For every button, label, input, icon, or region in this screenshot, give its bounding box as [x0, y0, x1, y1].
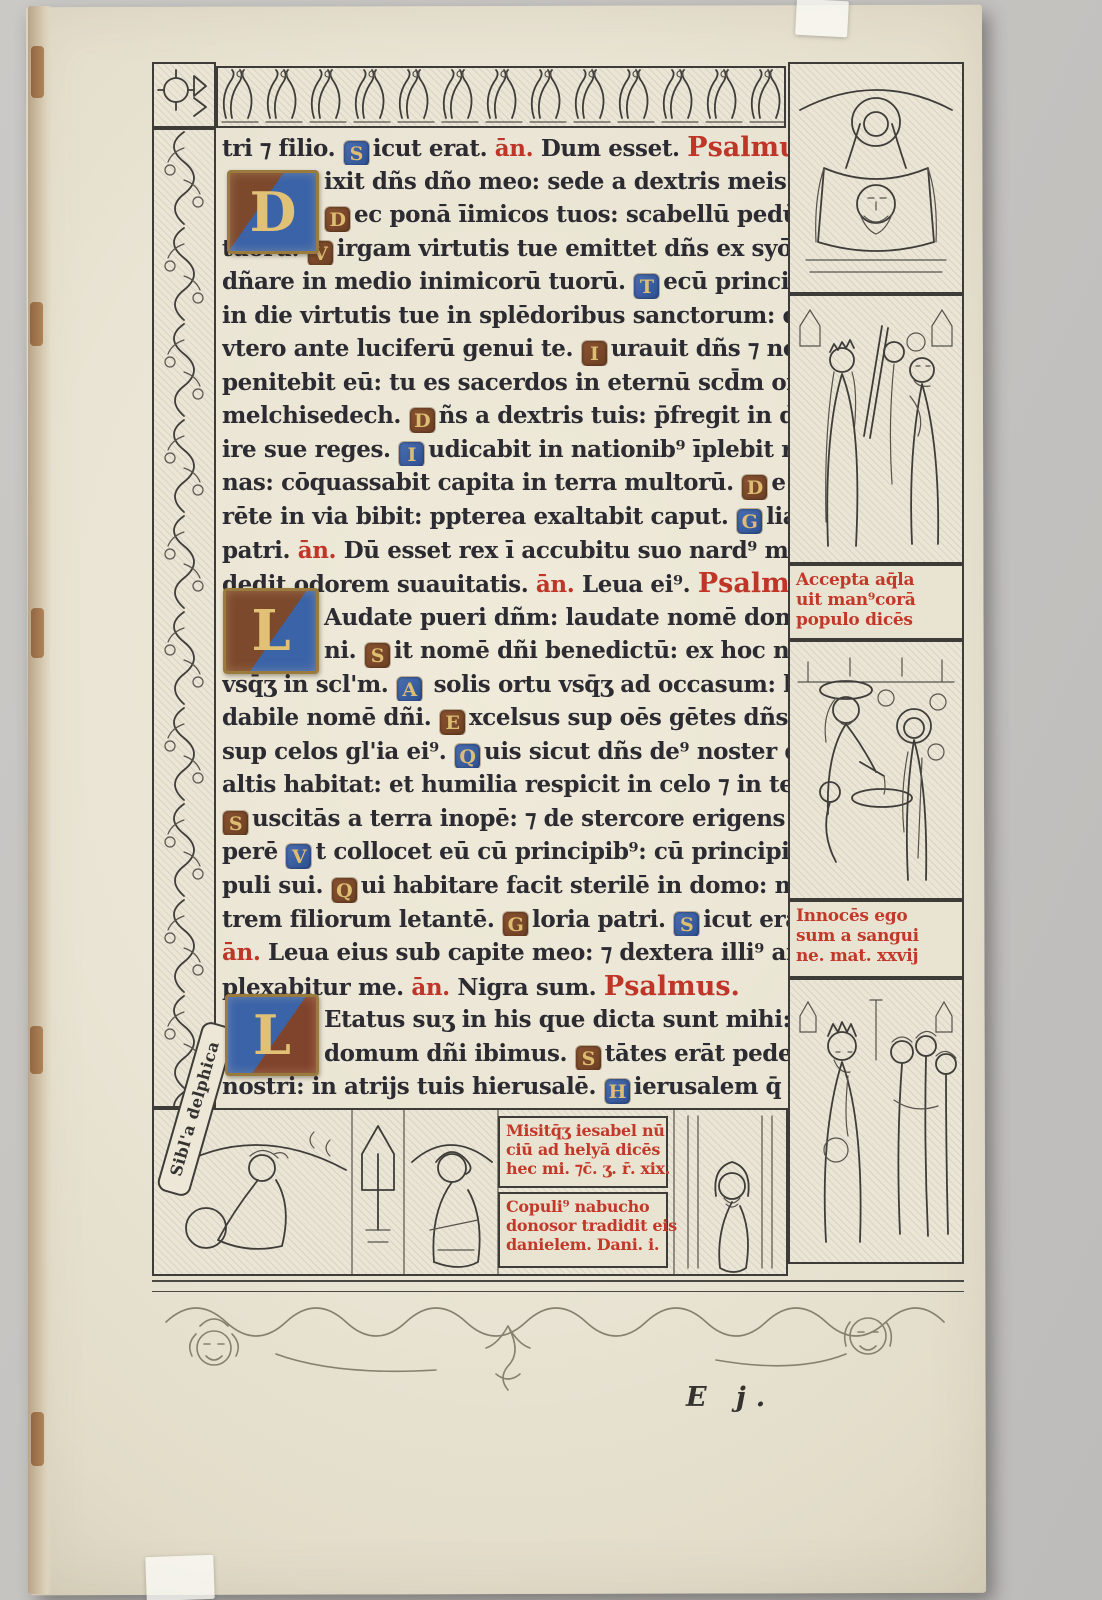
body-text: altis habitat: et humilia respicit in ce… [222, 771, 788, 798]
illuminated-initial-small: Q [332, 878, 357, 903]
text-line: Suscitās a terra inopē: ⁊ de stercore er… [222, 802, 788, 836]
body-text: puli sui. [222, 872, 331, 899]
body-text: ecū principiū [663, 268, 788, 295]
illuminated-initial-small: S [674, 912, 699, 937]
body-text: ui habitare facit sterilē in domo: ma [361, 872, 788, 899]
body-text: vsq̄ʒ in scl'm. [222, 671, 396, 698]
binding-residue [31, 1412, 44, 1466]
body-text: patri. [222, 537, 298, 564]
body-text: e tor [771, 469, 788, 496]
rubric-text: ān. [536, 571, 582, 598]
body-text: vtero ante luciferū genui te. [222, 335, 581, 362]
caption-nabuchodonosor: Copuli⁹ nabuchodonosor tradidit eisdanie… [498, 1192, 668, 1268]
body-text: uis sicut dñs de⁹ noster q̄ in [484, 738, 788, 765]
body-text: it nomē dñi benedictū: ex hoc nūc ⁊ [394, 637, 788, 664]
illuminated-initial-small: S [365, 643, 390, 668]
illuminated-initial-small: G [737, 509, 762, 534]
woodcut-panel-queen [788, 294, 964, 564]
body-text: Etatus suʒ in his que dicta sunt mihi: i… [324, 1006, 788, 1033]
body-text: dñare in medio inimicorū tuorū. [222, 268, 633, 295]
bottom-border-band [152, 1108, 788, 1276]
body-text: in die virtutis tue in splēdoribus sanct… [222, 302, 788, 329]
body-text: urauit dñs ⁊ non [611, 335, 788, 362]
text-line: dñare in medio inimicorū tuorū. Tecū pri… [222, 265, 788, 299]
body-text: perē [222, 838, 285, 865]
body-text: solis ortu vsq̄ʒ ad occasum: lau [426, 671, 788, 698]
body-text: ec ponā īimicos tuos: scabellū pedū [354, 201, 788, 228]
illuminated-initial-small: Q [455, 744, 480, 769]
illuminated-initial-small: G [503, 912, 528, 937]
caption-line: Copuli⁹ nabucho [506, 1198, 660, 1217]
illuminated-initial-small: S [576, 1046, 601, 1071]
caption-line: populo dicēs [796, 610, 956, 630]
king-with-counselors-icon [790, 980, 962, 1262]
caption-pilate-accepta-aqua: Accepta aq̄lauit man⁹corāpopulo dicēs [788, 564, 964, 640]
illuminated-initial-small: T [634, 274, 659, 299]
illuminated-initial-small: I [399, 442, 424, 467]
illuminated-initial-small: H [605, 1079, 630, 1104]
rubric-text: ān. [411, 974, 457, 1001]
rubric-text: ān. [298, 537, 344, 564]
gothic-leaf-frieze-icon [218, 68, 784, 126]
caption-line: donosor tradidit eis [506, 1217, 660, 1236]
quire-signature: E j. [686, 1382, 775, 1413]
body-text: ierusalem q̄ edi [634, 1073, 788, 1100]
illuminated-initial-small: D [325, 207, 350, 232]
body-text: udicabit in nationib⁹ īplebit rui [428, 436, 788, 463]
caption-line: Accepta aq̄la [796, 570, 956, 590]
body-text: Dū esset rex ī accubitu suo nard⁹ mea [344, 537, 788, 564]
body-text: domum dñi ibimus. [324, 1040, 575, 1067]
text-line: melchisedech. Dñs a dextris tuis: p̄freg… [222, 399, 788, 433]
queen-with-sword-icon [790, 296, 962, 562]
pilate-washing-hands-icon [790, 642, 962, 898]
horizontal-rule [152, 1280, 964, 1282]
caption-line: sum a sangui [796, 926, 956, 946]
binding-residue [31, 608, 44, 658]
body-text: icut erat [703, 906, 788, 933]
body-text: lia [766, 503, 788, 530]
top-border-frieze [216, 66, 786, 128]
body-text: tātes erāt pedes [605, 1040, 788, 1067]
body-text: tri ⁊ filio. [222, 135, 343, 162]
signature-text: E j. [686, 1382, 775, 1413]
body-text: sup celos gl'ia ei⁹. [222, 738, 454, 765]
caption-line: Innocēs ego [796, 906, 956, 926]
body-text: nostri: in atrijs tuis hierusalē. [222, 1073, 604, 1100]
body-text: trem filiorum letantē. [222, 906, 502, 933]
illuminated-initial-small: A [397, 677, 422, 702]
body-text: Leua ei⁹. [582, 571, 698, 598]
illuminated-initial-large: D [227, 170, 319, 254]
text-line: trem filiorum letantē. Gloria patri. Sic… [222, 903, 788, 937]
illuminated-initial-small: E [440, 710, 465, 735]
binding-edge [28, 6, 52, 1594]
body-text: rēte in via bibit: ppterea exaltabit cap… [222, 503, 736, 530]
text-line: ān. Leua eius sub capite meo: ⁊ dextera … [222, 936, 788, 970]
caption-line: danielem. Dani. i. [506, 1236, 660, 1255]
text-line: ire sue reges. Iudicabit in nationib⁹ īp… [222, 433, 788, 467]
body-text: icut erat. [373, 135, 495, 162]
text-line: in die virtutis tue in splēdoribus sanct… [222, 299, 788, 333]
illuminated-initial-small: D [742, 475, 767, 500]
mounting-tape [145, 1555, 214, 1600]
illuminated-initial-large: L [223, 588, 319, 674]
text-line: tri ⁊ filio. Sicut erat. ān. Dum esset. … [222, 131, 788, 165]
rubric-text: Psalmus. [604, 971, 740, 1002]
left-border-strip [152, 128, 216, 1108]
body-text: dabile nomē dñi. [222, 704, 439, 731]
woodcut-panel-king [788, 978, 964, 1264]
scrollwork-frieze-icon [156, 1296, 964, 1396]
caption-line: ne. mat. xxvij [796, 946, 956, 966]
body-text: irgam virtutis tue emittet dñs ex syō: [337, 235, 788, 262]
binding-residue [31, 46, 44, 98]
text-line: patri. ān. Dū esset rex ī accubitu suo n… [222, 534, 788, 568]
caption-jezebel-misitque: Misitq̄ʒ iesabel nūciū ad helyā dicēshec… [498, 1116, 668, 1188]
caption-innocens-ego: Innocēs egosum a sanguine. mat. xxvij [788, 900, 964, 978]
flower-ornament-icon [154, 64, 214, 126]
bottom-ornament-frieze [156, 1296, 964, 1400]
body-text: t collocet eū cū principib⁹: cū principi… [315, 838, 788, 865]
binding-residue [30, 302, 43, 346]
text-line: nas: cōquassabit capita in terra multorū… [222, 466, 788, 500]
caption-line: hec mi. ⁊c̄. ʒ. r̄. xix. [506, 1160, 660, 1179]
veronica-sudarium-icon [790, 64, 962, 292]
illuminated-initial-small: D [410, 408, 435, 433]
bottom-border-scenes-icon [154, 1110, 786, 1274]
body-text: ixit dñs dño meo: sede a dextris meis. [324, 168, 788, 195]
illuminated-initial-small: I [582, 341, 607, 366]
caption-line: Misitq̄ʒ iesabel nū [506, 1122, 660, 1141]
text-line: vtero ante luciferū genui te. Iurauit dñ… [222, 332, 788, 366]
rubric-text: Psalm⁹. [698, 568, 788, 599]
body-text: loria patri. [532, 906, 673, 933]
body-text: penitebit eū: tu es sacerdos in eternū s… [222, 369, 788, 396]
horizontal-rule [152, 1291, 964, 1292]
woodcut-panel-pilate [788, 640, 964, 900]
border-corner-ornament [152, 62, 216, 128]
photographed-leaf-scan: Accepta aq̄lauit man⁹corāpopulo dicēs In… [0, 0, 1102, 1600]
caption-line: ciū ad helyā dicēs [506, 1141, 660, 1160]
body-text: Nigra sum. [457, 974, 604, 1001]
body-text: Leua eius sub capite meo: ⁊ dextera illi… [268, 939, 788, 966]
vine-ornament-icon [154, 130, 214, 1106]
caption-line: uit man⁹corā [796, 590, 956, 610]
body-text: ire sue reges. [222, 436, 398, 463]
body-text: uscitās a terra inopē: ⁊ de stercore eri… [252, 805, 788, 832]
illuminated-initial-small: V [286, 844, 311, 869]
body-text: xcelsus sup oēs gētes dñs: ⁊ [469, 704, 788, 731]
text-line: puli sui. Qui habitare facit sterilē in … [222, 869, 788, 903]
rubric-text: Psalmus [687, 132, 788, 163]
body-text: nas: cōquassabit capita in terra multorū… [222, 469, 741, 496]
text-line: penitebit eū: tu es sacerdos in eternū s… [222, 366, 788, 400]
body-text: Audate pueri dñm: laudate nomē domi [324, 604, 788, 631]
body-text: ñs a dextris tuis: p̄fregit in die [439, 402, 788, 429]
body-text: Dum esset. [541, 135, 687, 162]
text-line: altis habitat: et humilia respicit in ce… [222, 768, 788, 802]
binding-residue [30, 1026, 43, 1074]
illuminated-initial-small: S [223, 811, 248, 836]
illuminated-initial-small: S [344, 141, 369, 165]
rubric-text: ān. [495, 135, 541, 162]
text-line: perē Vt collocet eū cū principib⁹: cū pr… [222, 835, 788, 869]
body-text: melchisedech. [222, 402, 409, 429]
text-line: rēte in via bibit: ppterea exaltabit cap… [222, 500, 788, 534]
woodcut-panel-veronica [788, 62, 964, 294]
body-text: ni. [324, 637, 364, 664]
text-line: dabile nomē dñi. Excelsus sup oēs gētes … [222, 701, 788, 735]
mounting-tape [795, 0, 849, 37]
text-line: sup celos gl'ia ei⁹. Quis sicut dñs de⁹ … [222, 735, 788, 769]
illuminated-initial-large: L [225, 994, 319, 1076]
rubric-text: ān. [222, 939, 268, 966]
